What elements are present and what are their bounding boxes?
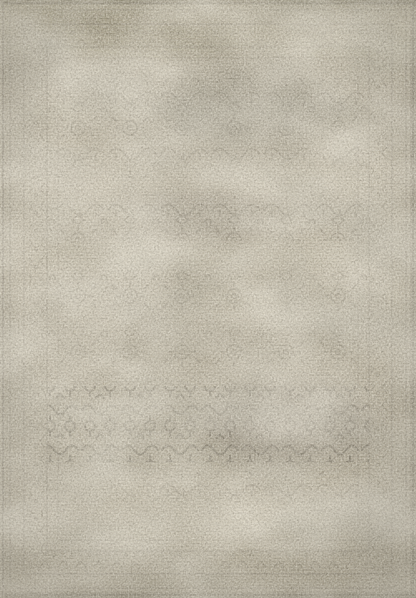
photo-stage	[0, 0, 416, 598]
rug-photo	[0, 0, 416, 598]
rug-vignette-layer	[0, 0, 416, 598]
rug-photo-canvas	[0, 0, 416, 598]
